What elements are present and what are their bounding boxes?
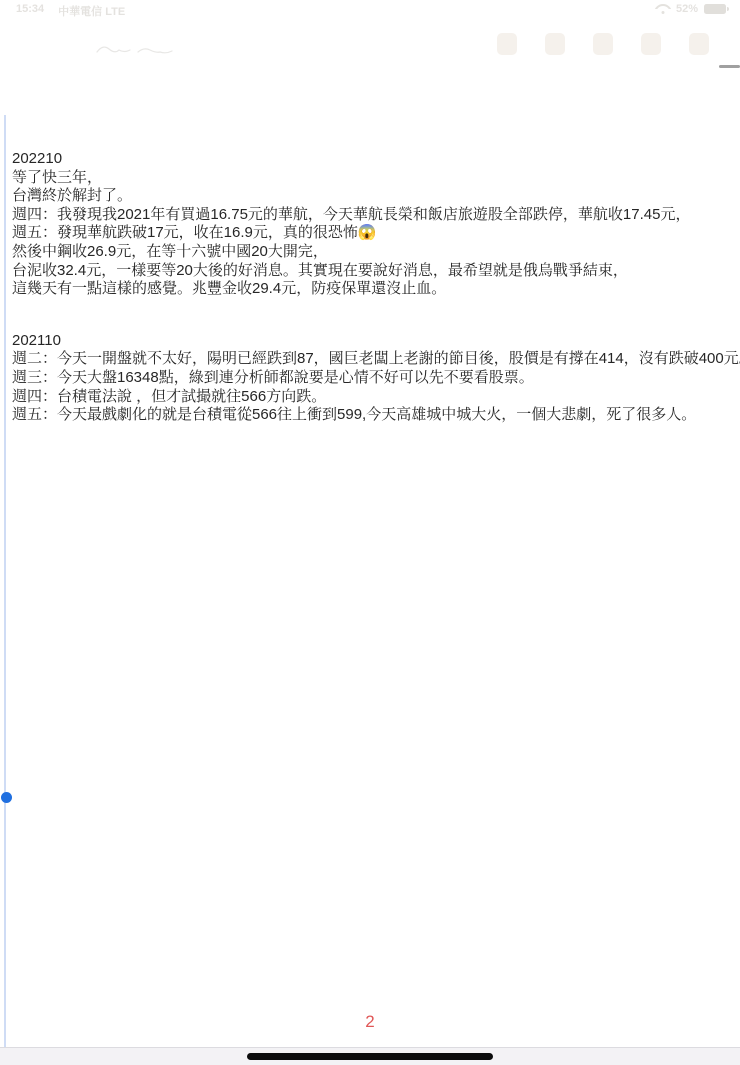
faint-toolbar-icon-1[interactable] [497,33,517,55]
status-bar: 15:34 中華電信 LTE 52% [0,0,740,20]
text-line: 週五：今天最戲劇化的就是台積電從566往上衝到599,今天高雄城中城大火，一個大… [12,406,738,425]
wifi-icon [656,4,670,14]
text-line: 週三：今天大盤16348點，綠到連分析師都說要是心情不好可以先不要看股票。 [12,369,738,388]
text-line: 然後中鋼收26.9元，在等十六號中國20大開完， [12,243,738,262]
toolbar [497,33,709,55]
faint-toolbar-icon-5[interactable] [689,33,709,55]
faint-toolbar-icon-4[interactable] [641,33,661,55]
scroll-indicator-dash[interactable] [719,65,740,68]
page-content[interactable]: 202210 等了快三年， 台灣終於解封了。 週四：我發現我2021年有買過16… [12,150,738,425]
handwriting-scribble [95,42,185,58]
text-line: 週二：今天一開盤就不太好，陽明已經跌到87，國巨老闆上老謝的節目後，股價是有撐在… [12,350,738,369]
status-carrier: 中華電信 LTE [58,3,125,19]
note-section: 202210 等了快三年， 台灣終於解封了。 週四：我發現我2021年有買過16… [12,150,738,299]
text-line: 202210 [12,150,738,169]
text-line: 台泥收32.4元，一樣要等20大後的好消息。其實現在要說好消息，最希望就是俄烏戰… [12,262,738,281]
text-line: 週四：台積電法說 ，但才試撮就往566方向跌。 [12,388,738,407]
text-line: 台灣終於解封了。 [12,187,738,206]
faint-toolbar-icon-2[interactable] [545,33,565,55]
text-line: 這幾天有一點這樣的感覺。兆豐金收29.4元，防疫保單還沒止血。 [12,280,738,299]
battery-icon [704,4,726,14]
home-indicator[interactable] [247,1053,493,1060]
faint-pen-icon[interactable] [593,33,613,55]
text-line: 週五：發現華航跌破17元，收在16.9元，真的很恐怖😱 [12,224,738,243]
page-number: 2 [0,1012,740,1032]
status-time: 15:34 [16,3,44,19]
text-line: 202110 [12,332,738,351]
text-line: 週四：我發現我2021年有買過16.75元的華航，今天華航長榮和飯店旅遊股全部跌… [12,206,738,225]
selection-handle-dot[interactable] [1,792,12,803]
left-margin-line [4,115,6,1047]
note-section: 202110 週二：今天一開盤就不太好，陽明已經跌到87，國巨老闆上老謝的節目後… [12,332,738,425]
text-line: 等了快三年， [12,169,738,188]
battery-percent: 52% [676,3,698,15]
